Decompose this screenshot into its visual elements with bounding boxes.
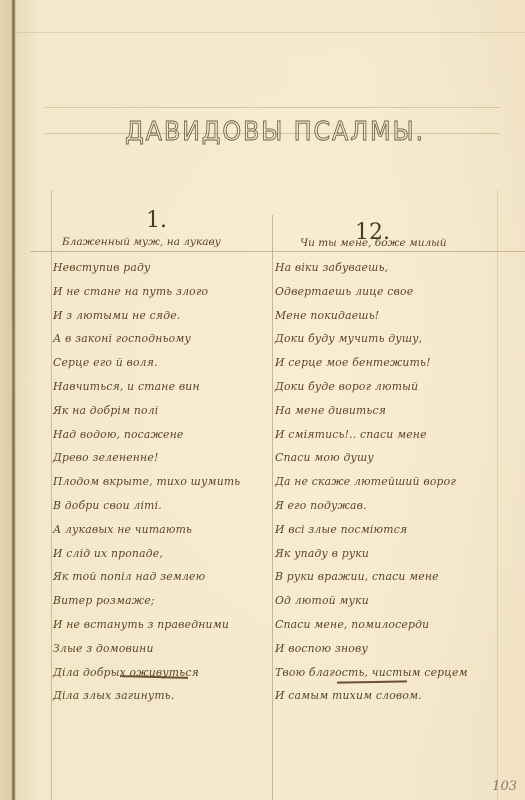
verse-line: Спаси мене, помилосерди	[275, 613, 468, 637]
verse-line: Доки буде ворог лютый	[275, 375, 468, 399]
verse-line: На віки забуваешь,	[275, 256, 468, 280]
verse-line: А в законі господньому	[53, 327, 240, 351]
verse-line: Плодом вкрыте, тихо шумить	[53, 470, 240, 494]
page-number: 103	[492, 779, 517, 794]
column-divider	[272, 215, 273, 800]
verse-line: Над водою, посажене	[53, 423, 240, 447]
verse-line: Од лютой муки	[275, 589, 468, 613]
verse-line: Як упаду в руки	[275, 542, 468, 566]
verse-line: И слід их пропаде,	[53, 542, 240, 566]
page-title: ДАВИДОВЫ ПСАЛМЫ.	[114, 117, 436, 147]
verse-line: Витер розмаже;	[53, 589, 240, 613]
verse-line: Серце его й воля.	[53, 351, 240, 375]
verse-line: И воспою знову	[275, 637, 468, 661]
verse-line: И всі злые посміются	[275, 518, 468, 542]
verse-line: И не стане на путь злого	[53, 280, 240, 304]
psalm-heading: Блаженный муж, на лукаву	[62, 236, 221, 248]
verse-line: Одвертаешь лице свое	[275, 280, 468, 304]
left-margin-rule	[51, 190, 52, 800]
verse-line: В руки вражии, спаси мене	[275, 565, 468, 589]
title-rule-upper	[45, 107, 500, 108]
psalm-heading: Чи ты мене, боже милый	[300, 237, 446, 249]
verse-line: Діла добрых оживуться	[53, 661, 240, 685]
top-rule	[15, 32, 525, 33]
right-margin-rule	[497, 190, 498, 800]
verse-line: Діла злых загинуть.	[53, 684, 240, 708]
verse-line: Спаси мою душу	[275, 446, 468, 470]
verse-line: На мене дивиться	[275, 399, 468, 423]
verse-line: И сміятись!.. спаси мене	[275, 423, 468, 447]
verse-line: В добри свои літі.	[53, 494, 240, 518]
verse-line: Да не скаже лютейший ворог	[275, 470, 468, 494]
verse-line: Древо зелененне!	[53, 446, 240, 470]
psalm-number: 1.	[146, 208, 167, 233]
verse-line: Навчиться, и стане вин	[53, 375, 240, 399]
verse-line: Невступив раду	[53, 256, 240, 280]
verse-line: Як на добрім полі	[53, 399, 240, 423]
verse-line: Злые з домовини	[53, 637, 240, 661]
verse-line: Мене покидаешь!	[275, 304, 468, 328]
verse-line: И самым тихим словом.	[275, 684, 468, 708]
verse-line: Доки буду мучить душу,	[275, 327, 468, 351]
heading-rule	[30, 251, 525, 252]
verse-line: Я его подужав.	[275, 494, 468, 518]
verse-line: А лукавых не читають	[53, 518, 240, 542]
verse-list: На віки забуваешь, Одвертаешь лице свое …	[275, 256, 468, 708]
verse-line: И з лютыми не сяде.	[53, 304, 240, 328]
verse-line: Як той попіл над землею	[53, 565, 240, 589]
verse-line: И не встануть з праведними	[53, 613, 240, 637]
verse-line: И серце мое бентежить!	[275, 351, 468, 375]
verse-list: Невступив раду И не стане на путь злого …	[53, 256, 240, 708]
